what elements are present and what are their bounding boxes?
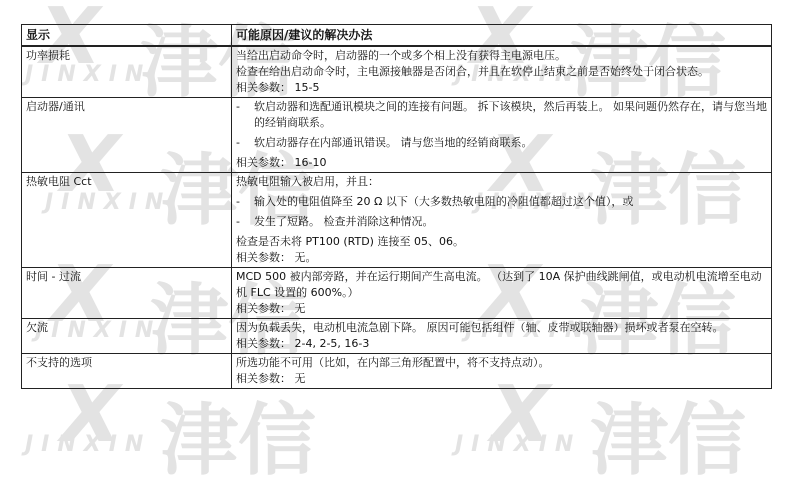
dash-bullet-icon: - — [236, 194, 254, 210]
watermark-text: 津信 — [160, 378, 316, 490]
display-cell: 热敏电阻 Cct — [22, 173, 232, 268]
bullet-item: -软启动器存在内部通讯错误。 请与您当地的经销商联系。 — [236, 135, 767, 151]
description-text: 所选功能不可用（比如，在内部三角形配置中，将不支持点动）。 — [236, 355, 767, 371]
display-cell: 功率损耗 — [22, 46, 232, 98]
description-text: 热敏电阻输入被启用，并且： — [236, 174, 767, 190]
cause-solution-cell: 因为负载丢失，电动机电流急剧下降。 原因可能包括组件（轴、皮带或联轴器）损坏或者… — [232, 319, 772, 354]
bullet-item: -软启动器和选配通讯模块之间的连接有问题。 拆下该模块，然后再装上。 如果问题仍… — [236, 99, 767, 131]
troubleshooting-table: 显示 可能原因/建议的解决办法 功率损耗当给出启动命令时，启动器的一个或多个相上… — [21, 24, 772, 389]
column-header-display: 显示 — [22, 25, 232, 47]
bullet-text: 软启动器和选配通讯模块之间的连接有问题。 拆下该模块，然后再装上。 如果问题仍然… — [254, 99, 767, 131]
watermark-text: 津信 — [590, 378, 746, 490]
description-text: 检查在给出启动命令时，主电源接触器是否闭合，并且在软停止结束之前是否始终处于闭合… — [236, 64, 767, 80]
description-text: 因为负载丢失，电动机电流急剧下降。 原因可能包括组件（轴、皮带或联轴器）损坏或者… — [236, 320, 767, 336]
bullet-text: 发生了短路。 检查并消除这种情况。 — [254, 214, 434, 230]
cause-solution-cell: -软启动器和选配通讯模块之间的连接有问题。 拆下该模块，然后再装上。 如果问题仍… — [232, 98, 772, 173]
table-row: 不支持的选项所选功能不可用（比如，在内部三角形配置中，将不支持点动）。相关参数：… — [22, 354, 772, 389]
description-text: 当给出启动命令时，启动器的一个或多个相上没有获得主电源电压。 — [236, 48, 767, 64]
display-cell: 启动器/通讯 — [22, 98, 232, 173]
related-parameters: 相关参数： 2-4, 2-5, 16-3 — [236, 336, 767, 352]
dash-bullet-icon: - — [236, 135, 254, 151]
display-cell: 时间 - 过流 — [22, 268, 232, 319]
bullet-item: -发生了短路。 检查并消除这种情况。 — [236, 214, 767, 230]
cause-solution-cell: MCD 500 被内部旁路，并在运行期间产生高电流。 （达到了 10A 保护曲线… — [232, 268, 772, 319]
table-row: 欠流因为负载丢失，电动机电流急剧下降。 原因可能包括组件（轴、皮带或联轴器）损坏… — [22, 319, 772, 354]
table-row: 热敏电阻 Cct热敏电阻输入被启用，并且：-输入处的电阻值降至 20 Ω 以下（… — [22, 173, 772, 268]
table-header-row: 显示 可能原因/建议的解决办法 — [22, 25, 772, 47]
related-parameters: 相关参数： 无 — [236, 301, 767, 317]
related-parameters: 相关参数： 15-5 — [236, 80, 767, 96]
watermark-text: JINXIN — [455, 432, 581, 457]
watermark-text: JINXIN — [25, 432, 151, 457]
cause-solution-cell: 当给出启动命令时，启动器的一个或多个相上没有获得主电源电压。检查在给出启动命令时… — [232, 46, 772, 98]
description-text: 检查是否未将 PT100 (RTD) 连接至 05、06。 — [236, 234, 767, 250]
column-header-cause-solution: 可能原因/建议的解决办法 — [232, 25, 772, 47]
bullet-text: 软启动器存在内部通讯错误。 请与您当地的经销商联系。 — [254, 135, 533, 151]
cause-solution-cell: 热敏电阻输入被启用，并且：-输入处的电阻值降至 20 Ω 以下（大多数热敏电阻的… — [232, 173, 772, 268]
related-parameters: 相关参数： 16-10 — [236, 155, 767, 171]
related-parameters: 相关参数： 无 — [236, 371, 767, 387]
bullet-text: 输入处的电阻值降至 20 Ω 以下（大多数热敏电阻的冷阻值都超过这个值），或 — [254, 194, 633, 210]
display-cell: 不支持的选项 — [22, 354, 232, 389]
table-row: 功率损耗当给出启动命令时，启动器的一个或多个相上没有获得主电源电压。检查在给出启… — [22, 46, 772, 98]
dash-bullet-icon: - — [236, 99, 254, 131]
dash-bullet-icon: - — [236, 214, 254, 230]
bullet-item: -输入处的电阻值降至 20 Ω 以下（大多数热敏电阻的冷阻值都超过这个值），或 — [236, 194, 767, 210]
related-parameters: 相关参数： 无。 — [236, 250, 767, 266]
display-cell: 欠流 — [22, 319, 232, 354]
table-row: 启动器/通讯-软启动器和选配通讯模块之间的连接有问题。 拆下该模块，然后再装上。… — [22, 98, 772, 173]
table-row: 时间 - 过流MCD 500 被内部旁路，并在运行期间产生高电流。 （达到了 1… — [22, 268, 772, 319]
description-text: MCD 500 被内部旁路，并在运行期间产生高电流。 （达到了 10A 保护曲线… — [236, 269, 767, 301]
cause-solution-cell: 所选功能不可用（比如，在内部三角形配置中，将不支持点动）。相关参数： 无 — [232, 354, 772, 389]
